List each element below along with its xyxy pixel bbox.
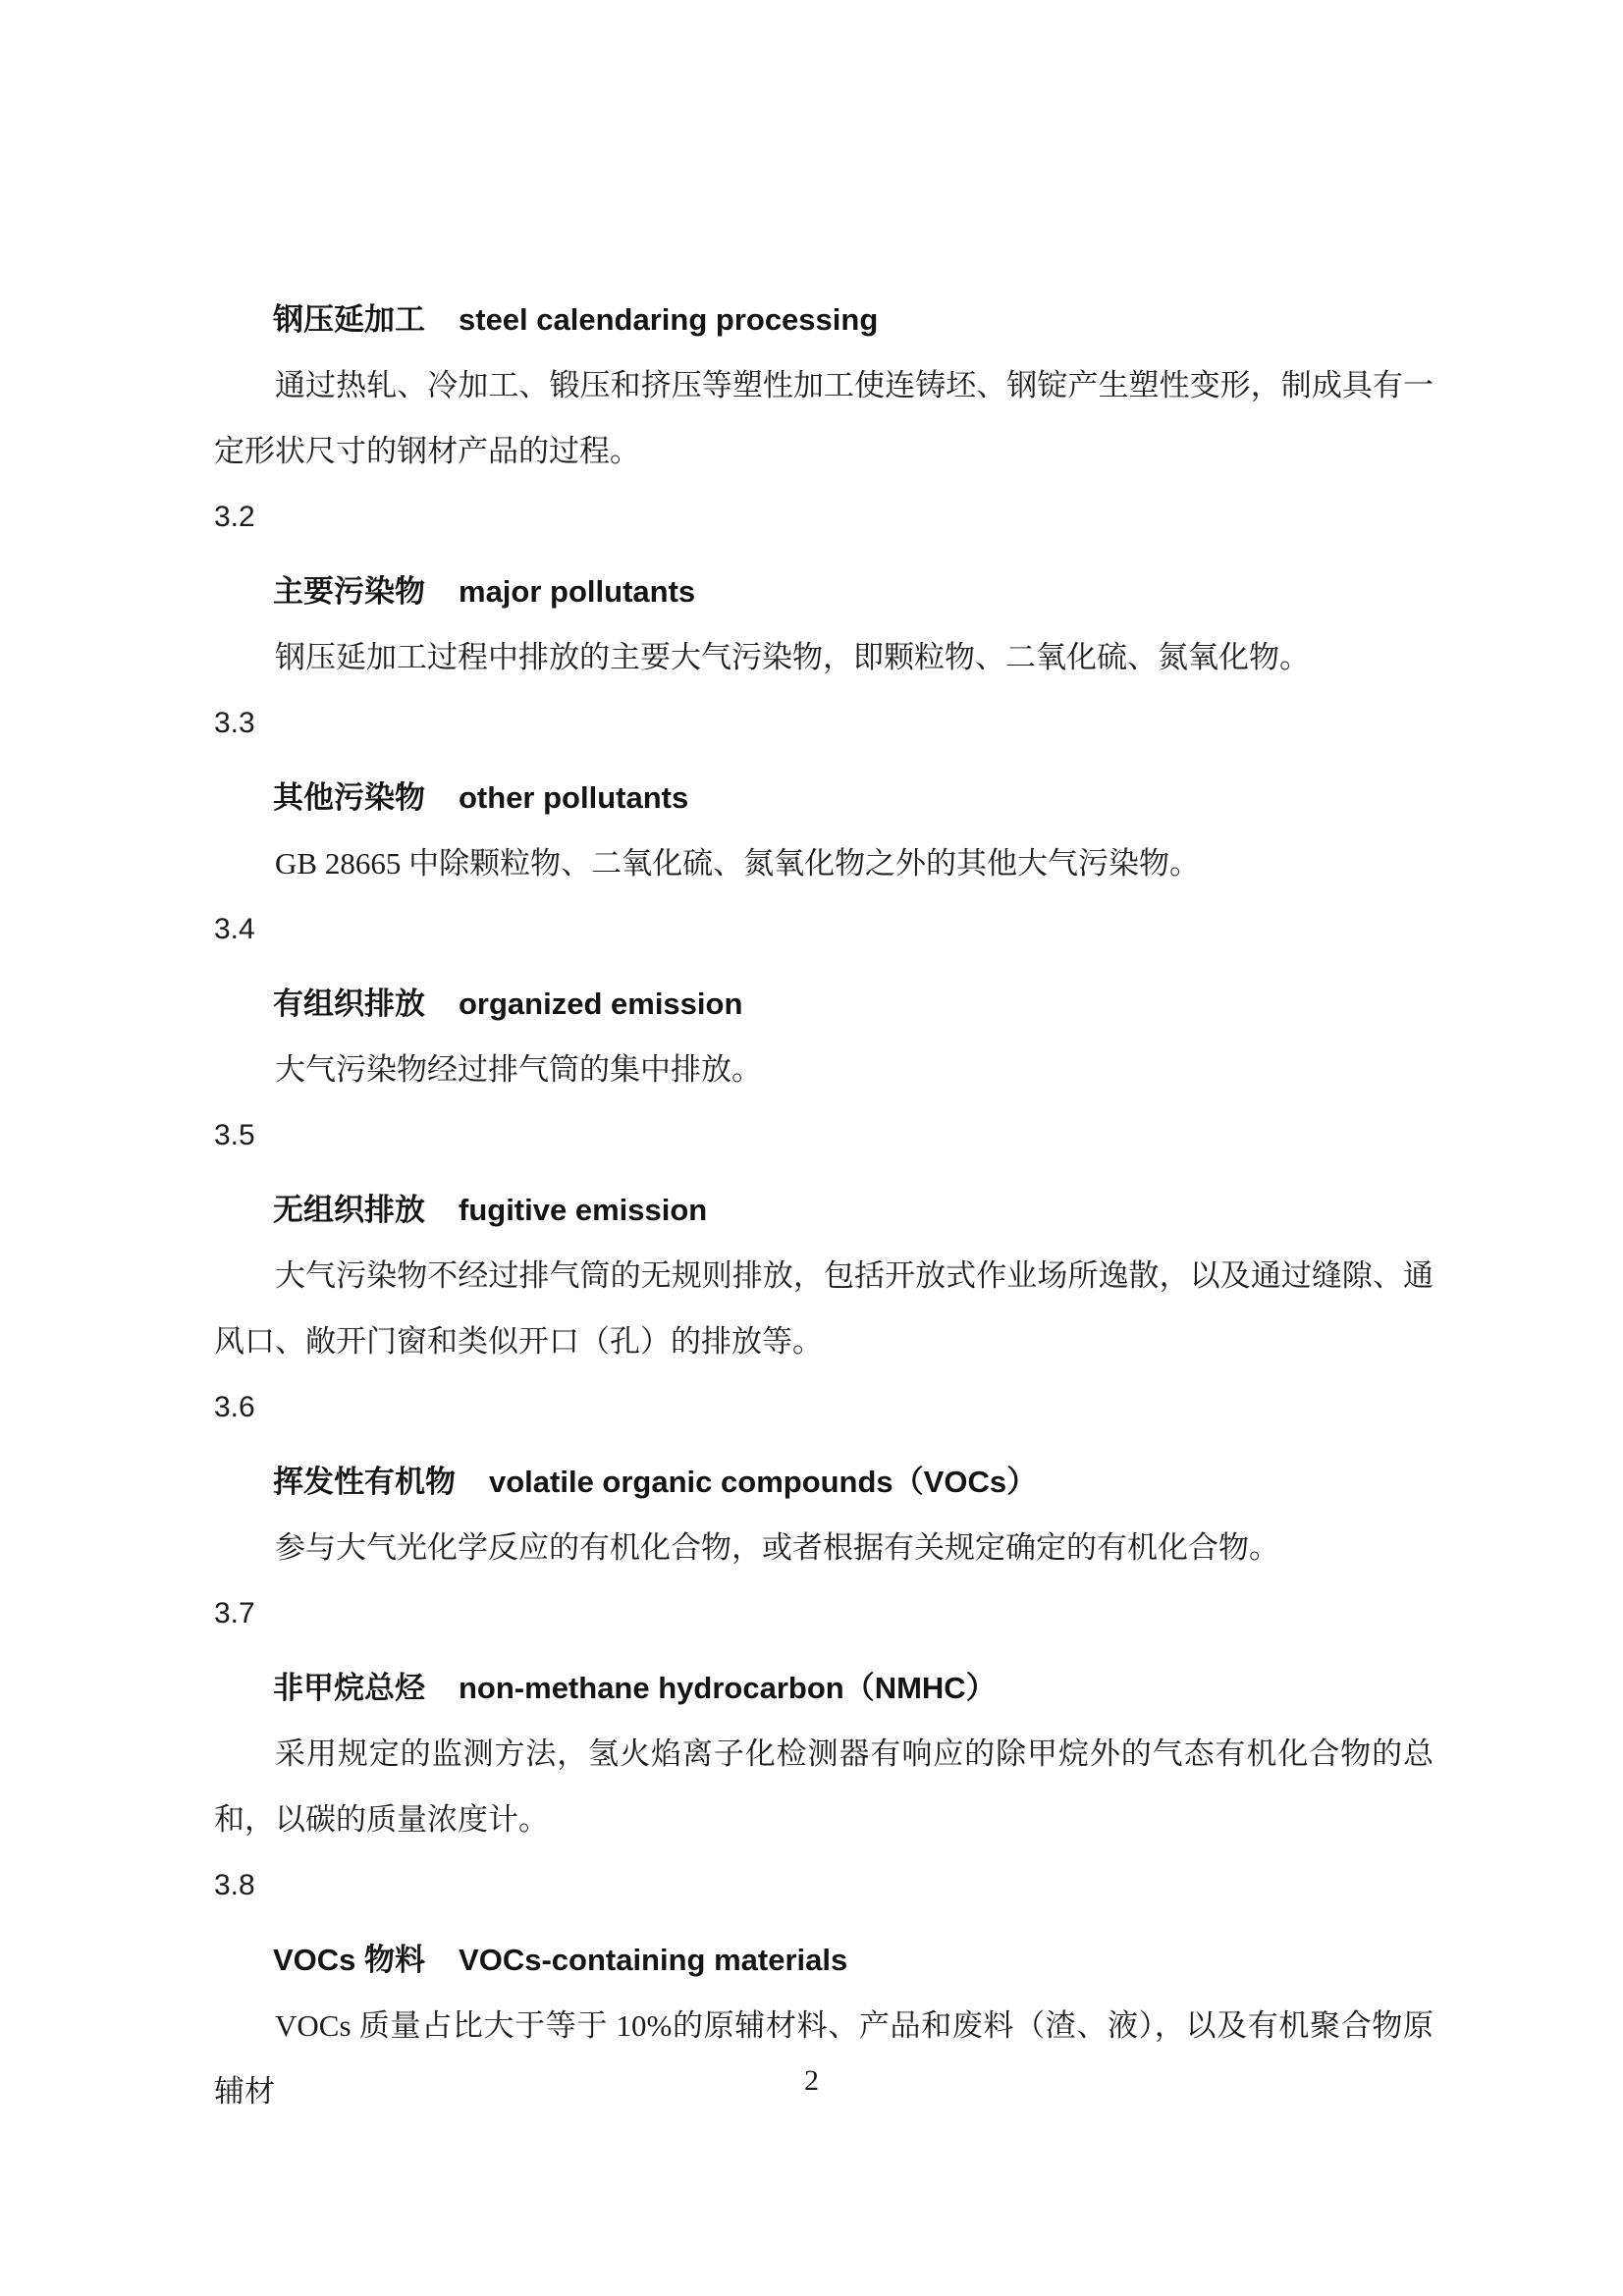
term-zh: VOCs 物料 [273, 1943, 425, 1977]
term-heading: 非甲烷总烃non-methane hydrocarbon（NMHC） [214, 1655, 1434, 1721]
term-heading: VOCs 物料VOCs-containing materials [214, 1927, 1434, 1993]
term-en: fugitive emission [459, 1193, 707, 1227]
term-zh: 非甲烷总烃 [273, 1671, 425, 1705]
term-en: steel calendaring processing [459, 302, 878, 337]
section-number: 3.4 [214, 896, 1434, 962]
term-heading: 挥发性有机物volatile organic compounds（VOCs） [214, 1449, 1434, 1515]
section-number: 3.3 [214, 690, 1434, 756]
section-number: 3.8 [214, 1852, 1434, 1918]
term-en: major pollutants [459, 574, 695, 609]
term-definition: 大气污染物经过排气筒的集中排放。 [214, 1037, 1434, 1102]
section-number: 3.7 [214, 1580, 1434, 1646]
term-entry: 3.6 挥发性有机物volatile organic compounds（VOC… [214, 1374, 1434, 1580]
section-number: 3.2 [214, 484, 1434, 550]
term-definition: GB 28665 中除颗粒物、二氧化硫、氮氧化物之外的其他大气污染物。 [214, 830, 1434, 896]
term-entry: 3.4 有组织排放organized emission 大气污染物经过排气筒的集… [214, 896, 1434, 1102]
section-number: 3.5 [214, 1102, 1434, 1168]
term-zh: 钢压延加工 [273, 302, 425, 337]
term-definition: 大气污染物不经过排气筒的无规则排放，包括开放式作业场所逸散，以及通过缝隙、通风口… [214, 1243, 1434, 1374]
term-zh: 无组织排放 [273, 1193, 425, 1227]
term-entry: 3.7 非甲烷总烃non-methane hydrocarbon（NMHC） 采… [214, 1580, 1434, 1852]
term-heading: 钢压延加工steel calendaring processing [214, 287, 1434, 352]
term-zh: 挥发性有机物 [273, 1465, 456, 1499]
term-heading: 无组织排放fugitive emission [214, 1177, 1434, 1243]
term-entry: 3.5 无组织排放fugitive emission 大气污染物不经过排气筒的无… [214, 1102, 1434, 1374]
term-heading: 主要污染物major pollutants [214, 559, 1434, 624]
term-en: non-methane hydrocarbon（NMHC） [459, 1671, 997, 1705]
term-en: other pollutants [459, 780, 688, 815]
section-number: 3.6 [214, 1374, 1434, 1440]
term-zh: 有组织排放 [273, 987, 425, 1021]
document-page: 钢压延加工steel calendaring processing 通过热轧、冷… [0, 0, 1623, 2296]
term-definition: 钢压延加工过程中排放的主要大气污染物，即颗粒物、二氧化硫、氮氧化物。 [214, 624, 1434, 690]
term-en: volatile organic compounds（VOCs） [489, 1465, 1037, 1499]
term-heading: 其他污染物other pollutants [214, 765, 1434, 830]
term-entry: 3.2 主要污染物major pollutants 钢压延加工过程中排放的主要大… [214, 484, 1434, 690]
term-zh: 其他污染物 [273, 780, 425, 815]
page-number: 2 [0, 2059, 1623, 2103]
term-entry: 钢压延加工steel calendaring processing 通过热轧、冷… [214, 287, 1434, 484]
term-definition: 通过热轧、冷加工、锻压和挤压等塑性加工使连铸坯、钢锭产生塑性变形，制成具有一定形… [214, 352, 1434, 484]
term-definition: 参与大气光化学反应的有机化合物，或者根据有关规定确定的有机化合物。 [214, 1515, 1434, 1580]
term-en: organized emission [459, 987, 742, 1021]
term-definition: VOCs 质量占比大于等于 10%的原辅材料、产品和废料（渣、液），以及有机聚合… [214, 1993, 1434, 2124]
term-definition: 采用规定的监测方法，氢火焰离子化检测器有响应的除甲烷外的气态有机化合物的总和，以… [214, 1721, 1434, 1852]
term-heading: 有组织排放organized emission [214, 971, 1434, 1037]
terms-section: 钢压延加工steel calendaring processing 通过热轧、冷… [214, 287, 1434, 2124]
term-zh: 主要污染物 [273, 574, 425, 609]
term-entry: 3.3 其他污染物other pollutants GB 28665 中除颗粒物… [214, 690, 1434, 896]
term-en: VOCs-containing materials [459, 1943, 847, 1977]
